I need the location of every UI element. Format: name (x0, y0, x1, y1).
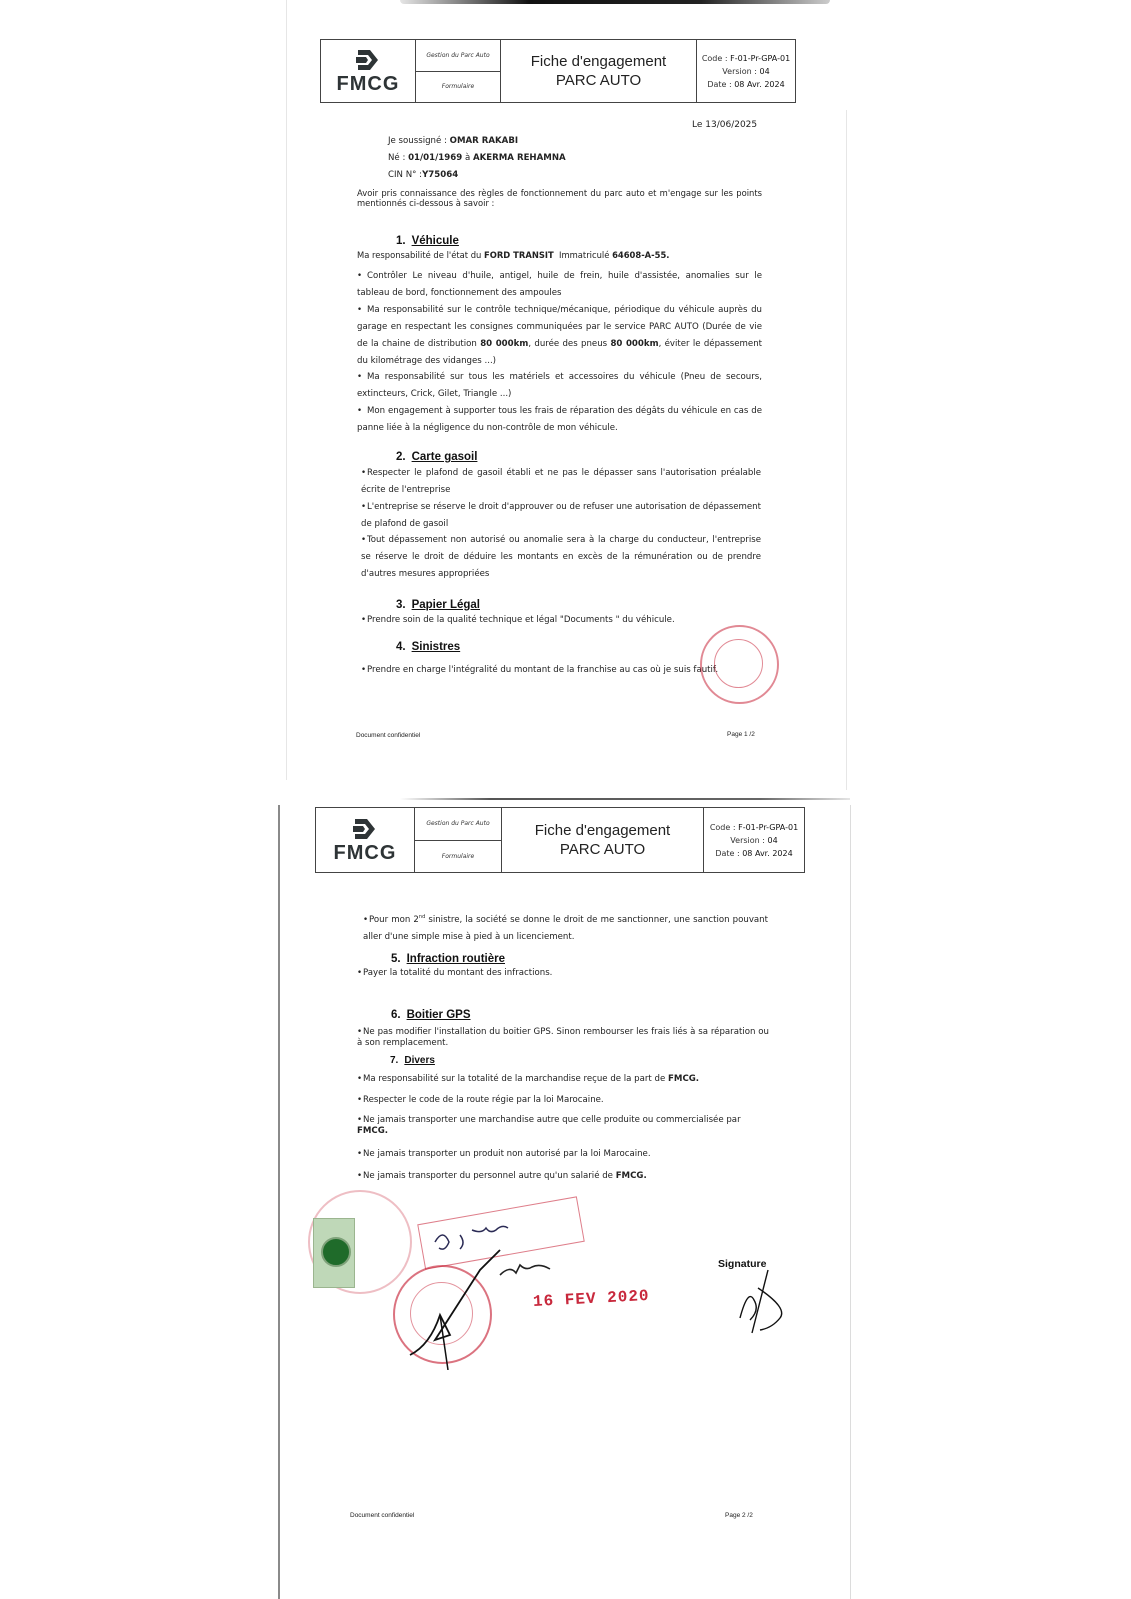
section-5-heading: 5.Infraction routière (391, 953, 505, 965)
section-2-bullet: •L'entreprise se réserve le droit d'appr… (361, 499, 761, 533)
section-7-bullet: •Ma responsabilité sur la totalité de la… (357, 1071, 699, 1088)
department-label: Gestion du Parc Auto (415, 808, 501, 841)
section-3-bullet: •Prendre soin de la qualité technique et… (361, 612, 675, 629)
page-edge (286, 0, 287, 780)
department-cell: Gestion du Parc Auto Formulaire (415, 808, 502, 872)
department-label: Gestion du Parc Auto (416, 40, 500, 72)
footer-confidential: Document confidentiel (356, 732, 420, 739)
fiscal-stamp-emblem-icon (321, 1237, 351, 1267)
section-2-bullet: •Respecter le plafond de gasoil établi e… (361, 465, 761, 499)
section-1-bullet: •Ma responsabilité sur le contrôle techn… (357, 302, 762, 370)
title-line-2: PARC AUTO (560, 840, 645, 859)
department-cell: Gestion du Parc Auto Formulaire (416, 40, 501, 102)
employee-signature (730, 1268, 790, 1338)
section-7-bullet: •Ne jamais transporter un produit non au… (357, 1146, 651, 1163)
footer-page-number: Page 1 /2 (727, 731, 755, 738)
section-4-bullet: •Prendre en charge l'intégralité du mont… (361, 662, 718, 679)
section-1-bullet: •Mon engagement à supporter tous les fra… (357, 403, 762, 437)
document-title: Fiche d'engagement PARC AUTO (501, 40, 697, 102)
document-header: FMCG Gestion du Parc Auto Formulaire Fic… (320, 39, 796, 103)
section-5-bullet: •Payer la totalité du montant des infrac… (357, 965, 552, 982)
date-line: Le 13/06/2025 (692, 118, 757, 133)
section-3-heading: 3.Papier Légal (396, 599, 480, 611)
section-1-heading: 1.Véhicule (396, 235, 459, 247)
scan-edge-shadow (400, 0, 830, 4)
page-edge (846, 110, 847, 790)
company-stamp-inner-ring (714, 639, 763, 688)
title-line-1: Fiche d'engagement (535, 821, 670, 840)
doc-version: Version : 04 (730, 834, 777, 847)
doc-date: Date : 08 Avr. 2024 (707, 78, 784, 91)
logo-text: FMCG (337, 74, 400, 94)
section-7-bullet: •Ne jamais transporter du personnel autr… (357, 1168, 647, 1185)
logo-cell: FMCG (316, 808, 415, 872)
doc-type-label: Formulaire (415, 841, 501, 873)
document-meta: Code : F-01-Pr-GPA-01 Version : 04 Date … (697, 40, 795, 102)
title-line-1: Fiche d'engagement (531, 52, 666, 71)
doc-code: Code : F-01-Pr-GPA-01 (710, 821, 798, 834)
page-edge (400, 798, 850, 800)
section-1-bullet: •Ma responsabilité sur tous les matériel… (357, 369, 762, 403)
section-1-bullet: •Contrôler Le niveau d'huile, antigel, h… (357, 268, 762, 302)
intro-paragraph: Avoir pris connaissance des règles de fo… (357, 188, 762, 208)
title-line-2: PARC AUTO (556, 71, 641, 90)
section-7-bullet: •Respecter le code de la route régie par… (357, 1092, 604, 1109)
document-header: FMCG Gestion du Parc Auto Formulaire Fic… (315, 807, 805, 873)
undersigned-line: Je soussigné : OMAR RAKABI (388, 134, 518, 149)
section-4-continued-bullet: •Pour mon 2nd sinistre, la société se do… (363, 909, 768, 946)
footer-page-number: Page 2 /2 (725, 1512, 753, 1519)
fiscal-stamp (313, 1218, 355, 1288)
section-7-heading: 7.Divers (390, 1055, 435, 1066)
section-2-heading: 2.Carte gasoil (396, 451, 477, 463)
doc-type-label: Formulaire (416, 72, 500, 103)
section-4-heading: 4.Sinistres (396, 641, 460, 653)
birth-line: Né : 01/01/1969 à AKERMA REHAMNA (388, 151, 566, 166)
section-6-heading: 6.Boitier GPS (391, 1009, 471, 1021)
page-edge (850, 805, 851, 1599)
fmcg-logo-icon (351, 817, 379, 841)
section-1-lead: Ma responsabilité de l'état du FORD TRAN… (357, 248, 669, 263)
footer-confidential: Document confidentiel (350, 1512, 414, 1519)
doc-date: Date : 08 Avr. 2024 (715, 847, 792, 860)
cin-line: CIN N° :Y75064 (388, 168, 458, 183)
logo-cell: FMCG (321, 40, 416, 102)
document-meta: Code : F-01-Pr-GPA-01 Version : 04 Date … (704, 808, 804, 872)
fmcg-logo-icon (354, 48, 382, 72)
doc-code: Code : F-01-Pr-GPA-01 (702, 52, 790, 65)
section-7-bullet: •Ne jamais transporter une marchandise a… (357, 1115, 769, 1137)
doc-version: Version : 04 (722, 65, 769, 78)
page-edge (278, 805, 280, 1599)
logo-text: FMCG (334, 843, 397, 863)
document-title: Fiche d'engagement PARC AUTO (502, 808, 704, 872)
section-2-bullet: •Tout dépassement non autorisé ou anomal… (361, 532, 761, 583)
section-6-bullet: •Ne pas modifier l'installation du boiti… (357, 1027, 769, 1049)
